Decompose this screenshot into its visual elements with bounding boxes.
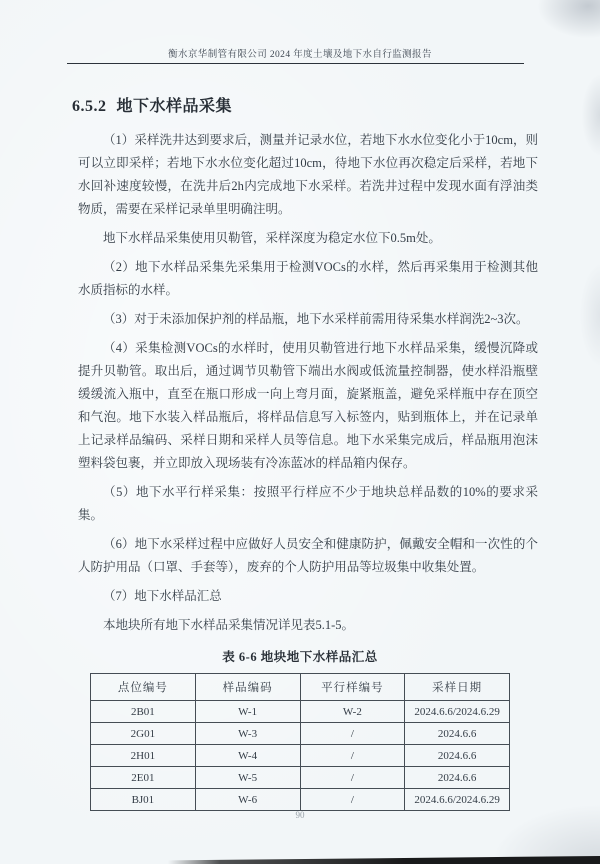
groundwater-sample-table: 点位编号 样品编码 平行样编号 采样日期 2B01 W-1 W-2 2024.6…	[90, 673, 510, 811]
cell-point-id: BJ01	[91, 789, 196, 811]
table-row: BJ01 W-6 / 2024.6.6/2024.6.29	[91, 789, 510, 811]
section-heading: 6.5.2地下水样品采集	[72, 97, 600, 116]
paragraph-3: （2）地下水样品采集先采集用于检测VOCs的水样，然后再采集用于检测其他水质指标…	[78, 256, 538, 302]
body-content: （1）采样洗井达到要求后，测量并记录水位，若地下水水位变化小于10cm，则可以立…	[78, 129, 538, 637]
document-page: 衡水京华制管有限公司 2024 年度土壤及地下水自行监测报告 6.5.2地下水样…	[0, 0, 600, 864]
table-row: 2H01 W-4 / 2024.6.6	[91, 745, 510, 767]
cell-point-id: 2B01	[91, 701, 196, 723]
paragraph-4: （3）对于未添加保护剂的样品瓶，地下水采样前需用待采集水样润洗2~3次。	[78, 308, 538, 331]
cell-parallel-code: /	[300, 723, 405, 745]
page-number: 90	[0, 810, 600, 820]
col-header-point-id: 点位编号	[91, 674, 196, 701]
table-row: 2E01 W-5 / 2024.6.6	[91, 767, 510, 789]
header-rule	[67, 63, 524, 64]
paragraph-8: （7）地下水样品汇总	[78, 585, 538, 608]
col-header-sample-code: 样品编码	[195, 674, 300, 701]
table-caption: 表 6-6 地块地下水样品汇总	[0, 647, 600, 665]
cell-sample-code: W-6	[195, 789, 300, 811]
cell-sample-code: W-1	[195, 701, 300, 723]
col-header-sampling-date: 采样日期	[405, 674, 510, 701]
col-header-parallel-code: 平行样编号	[300, 674, 405, 701]
paragraph-2: 地下水样品采集使用贝勒管，采样深度为稳定水位下0.5m处。	[78, 227, 538, 250]
paragraph-5: （4）采集检测VOCs的水样时，使用贝勒管进行地下水样品采集，缓慢沉降或提升贝勒…	[78, 337, 538, 475]
cell-sample-code: W-4	[195, 745, 300, 767]
cell-point-id: 2H01	[91, 745, 196, 767]
cell-parallel-code: /	[300, 745, 405, 767]
cell-sampling-date: 2024.6.6/2024.6.29	[405, 789, 510, 811]
table-row: 2B01 W-1 W-2 2024.6.6/2024.6.29	[91, 701, 510, 723]
paragraph-9: 本地块所有地下水样品采集情况详见表5.1-5。	[78, 614, 538, 637]
section-number: 6.5.2	[72, 98, 107, 115]
table-row: 2G01 W-3 / 2024.6.6	[91, 723, 510, 745]
paragraph-6: （5）地下水平行样采集：按照平行样应不少于地块总样品数的10%的要求采集。	[78, 481, 538, 527]
cell-sampling-date: 2024.6.6	[405, 723, 510, 745]
table-body: 2B01 W-1 W-2 2024.6.6/2024.6.29 2G01 W-3…	[91, 701, 510, 811]
section-title: 地下水样品采集	[117, 98, 233, 115]
cell-sampling-date: 2024.6.6	[405, 767, 510, 789]
cell-sampling-date: 2024.6.6	[405, 745, 510, 767]
running-header: 衡水京华制管有限公司 2024 年度土壤及地下水自行监测报告	[0, 49, 600, 61]
cell-sample-code: W-3	[195, 723, 300, 745]
scan-edge-shadow	[168, 856, 600, 864]
cell-parallel-code: /	[300, 767, 405, 789]
table-header-row: 点位编号 样品编码 平行样编号 采样日期	[91, 674, 510, 701]
cell-point-id: 2E01	[91, 767, 196, 789]
paragraph-7: （6）地下水采样过程中应做好人员安全和健康防护，佩戴安全帽和一次性的个人防护用品…	[78, 533, 538, 579]
cell-sample-code: W-5	[195, 767, 300, 789]
cell-parallel-code: W-2	[300, 701, 405, 723]
cell-point-id: 2G01	[91, 723, 196, 745]
table-head: 点位编号 样品编码 平行样编号 采样日期	[91, 674, 510, 701]
cell-parallel-code: /	[300, 789, 405, 811]
cell-sampling-date: 2024.6.6/2024.6.29	[405, 701, 510, 723]
paragraph-1: （1）采样洗井达到要求后，测量并记录水位，若地下水水位变化小于10cm，则可以立…	[78, 129, 538, 221]
